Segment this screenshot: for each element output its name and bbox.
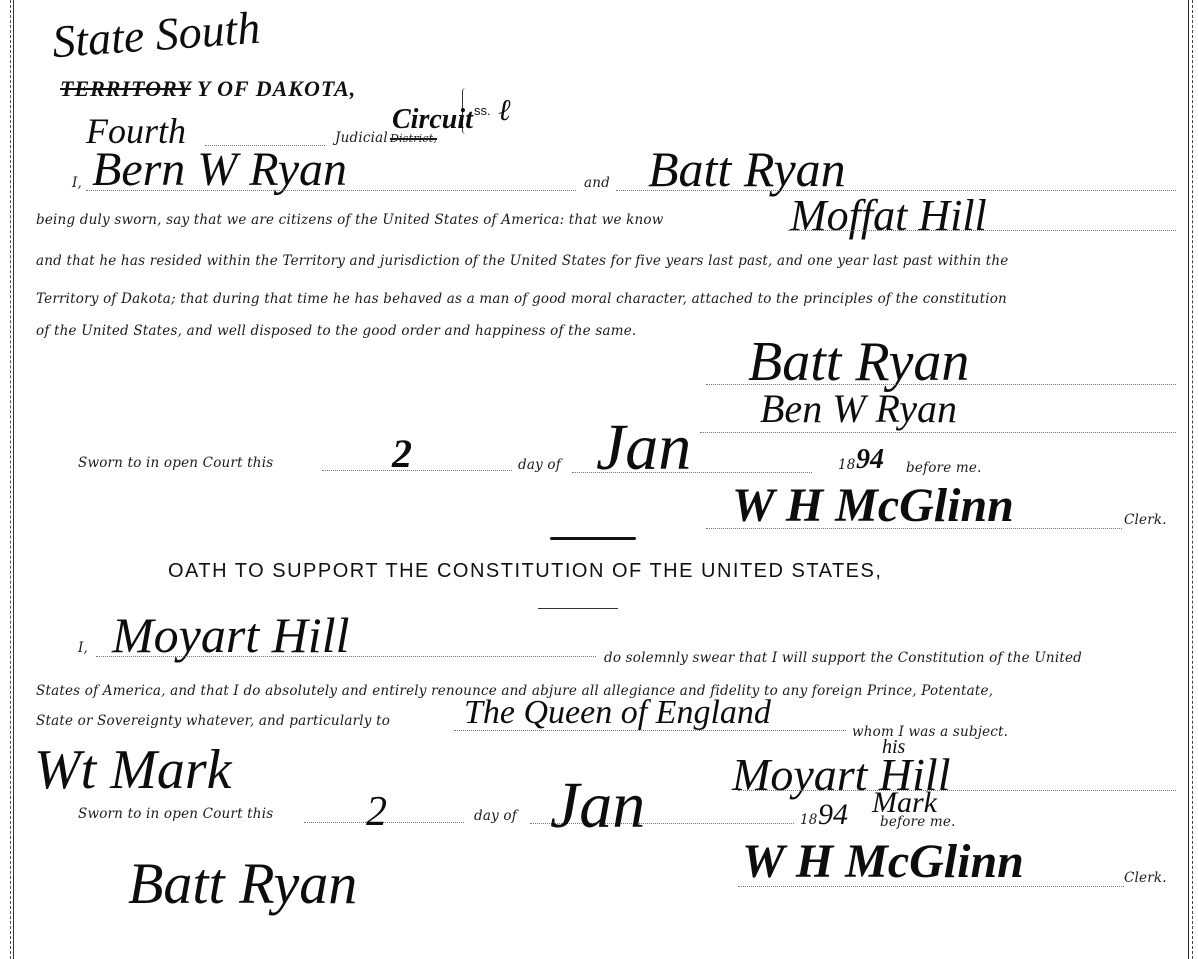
district-correction: Circuit bbox=[392, 104, 473, 136]
oath-title-rule bbox=[538, 608, 618, 609]
oath-sovereign-dots bbox=[454, 730, 846, 731]
oath-line3-prefix: State or Sovereignty whatever, and parti… bbox=[36, 713, 390, 729]
affidavit-line4: of the United States, and well disposed … bbox=[36, 323, 636, 339]
witness1-dots bbox=[86, 190, 576, 191]
oath-year: 94 bbox=[818, 798, 848, 832]
affidavit-clerk-label: Clerk. bbox=[1124, 512, 1167, 528]
oath-before-me: before me. bbox=[880, 814, 956, 830]
section-divider-ornament bbox=[550, 537, 636, 540]
oath-month: Jan bbox=[550, 768, 645, 844]
oath-line1: do solemnly swear that I will support th… bbox=[604, 650, 1082, 666]
ss-flourish: ℓ bbox=[498, 94, 511, 128]
affidavit-intro-i: I, bbox=[72, 175, 82, 191]
affidavit-line3: Territory of Dakota; that during that ti… bbox=[36, 291, 1007, 307]
territory-heading: TERRITORY Y OF DAKOTA, bbox=[60, 76, 356, 102]
handwritten-state: State South bbox=[50, 1, 261, 68]
oath-signature-dots bbox=[738, 790, 1176, 791]
oath-clerk-signature: W H McGlinn bbox=[742, 834, 1024, 889]
right-border-rule bbox=[1188, 0, 1193, 959]
oath-year-prefix: 18 bbox=[800, 812, 818, 828]
oath-day-of-label: day of bbox=[474, 808, 517, 824]
affidavit-day: 2 bbox=[392, 430, 412, 477]
document-page: State South TERRITORY Y OF DAKOTA, ss. ℓ… bbox=[0, 0, 1198, 959]
oath-clerk-dots bbox=[738, 886, 1124, 887]
oath-intro-i: I, bbox=[78, 640, 88, 656]
affidavit-line2: and that he has resided within the Terri… bbox=[36, 253, 1008, 269]
affidavit-line1: being duly sworn, say that we are citize… bbox=[36, 212, 664, 228]
affidavit-year: 94 bbox=[856, 444, 884, 476]
signature2-dots bbox=[700, 432, 1176, 433]
and-label: and bbox=[584, 175, 610, 191]
oath-applicant-dots bbox=[96, 656, 596, 657]
oath-clerk-label: Clerk. bbox=[1124, 870, 1167, 886]
applicant-name: Moffat Hill bbox=[790, 190, 987, 241]
left-border-rule bbox=[10, 0, 14, 959]
affidavit-month: Jan bbox=[596, 410, 691, 486]
affidavit-day-dots bbox=[322, 470, 512, 471]
oath-title: OATH TO SUPPORT THE CONSTITUTION OF THE … bbox=[168, 560, 882, 583]
oath-sworn-label: Sworn to in open Court this bbox=[78, 806, 273, 822]
oath-day: 2 bbox=[366, 788, 387, 836]
applicant-dots bbox=[788, 230, 1176, 231]
witness1-name: Bern W Ryan bbox=[92, 142, 347, 197]
affidavit-year-prefix: 18 bbox=[838, 457, 856, 473]
oath-line3-suffix: whom I was a subject. bbox=[852, 724, 1008, 740]
struck-territory: TERRITORY bbox=[60, 76, 191, 101]
oath-sovereign: The Queen of England bbox=[464, 694, 771, 732]
affidavit-day-of-label: day of bbox=[518, 457, 561, 473]
oath-witness-mark: Wt Mark bbox=[34, 738, 232, 802]
affidavit-sworn-label: Sworn to in open Court this bbox=[78, 455, 273, 471]
signature-ben-ryan: Ben W Ryan bbox=[760, 385, 957, 432]
ss-label: ss. bbox=[474, 103, 491, 118]
oath-bottom-witness: Batt Ryan bbox=[128, 850, 357, 917]
affidavit-clerk-signature: W H McGlinn bbox=[732, 478, 1014, 533]
affidavit-before-me: before me. bbox=[906, 460, 982, 476]
affidavit-clerk-dots bbox=[706, 528, 1122, 529]
